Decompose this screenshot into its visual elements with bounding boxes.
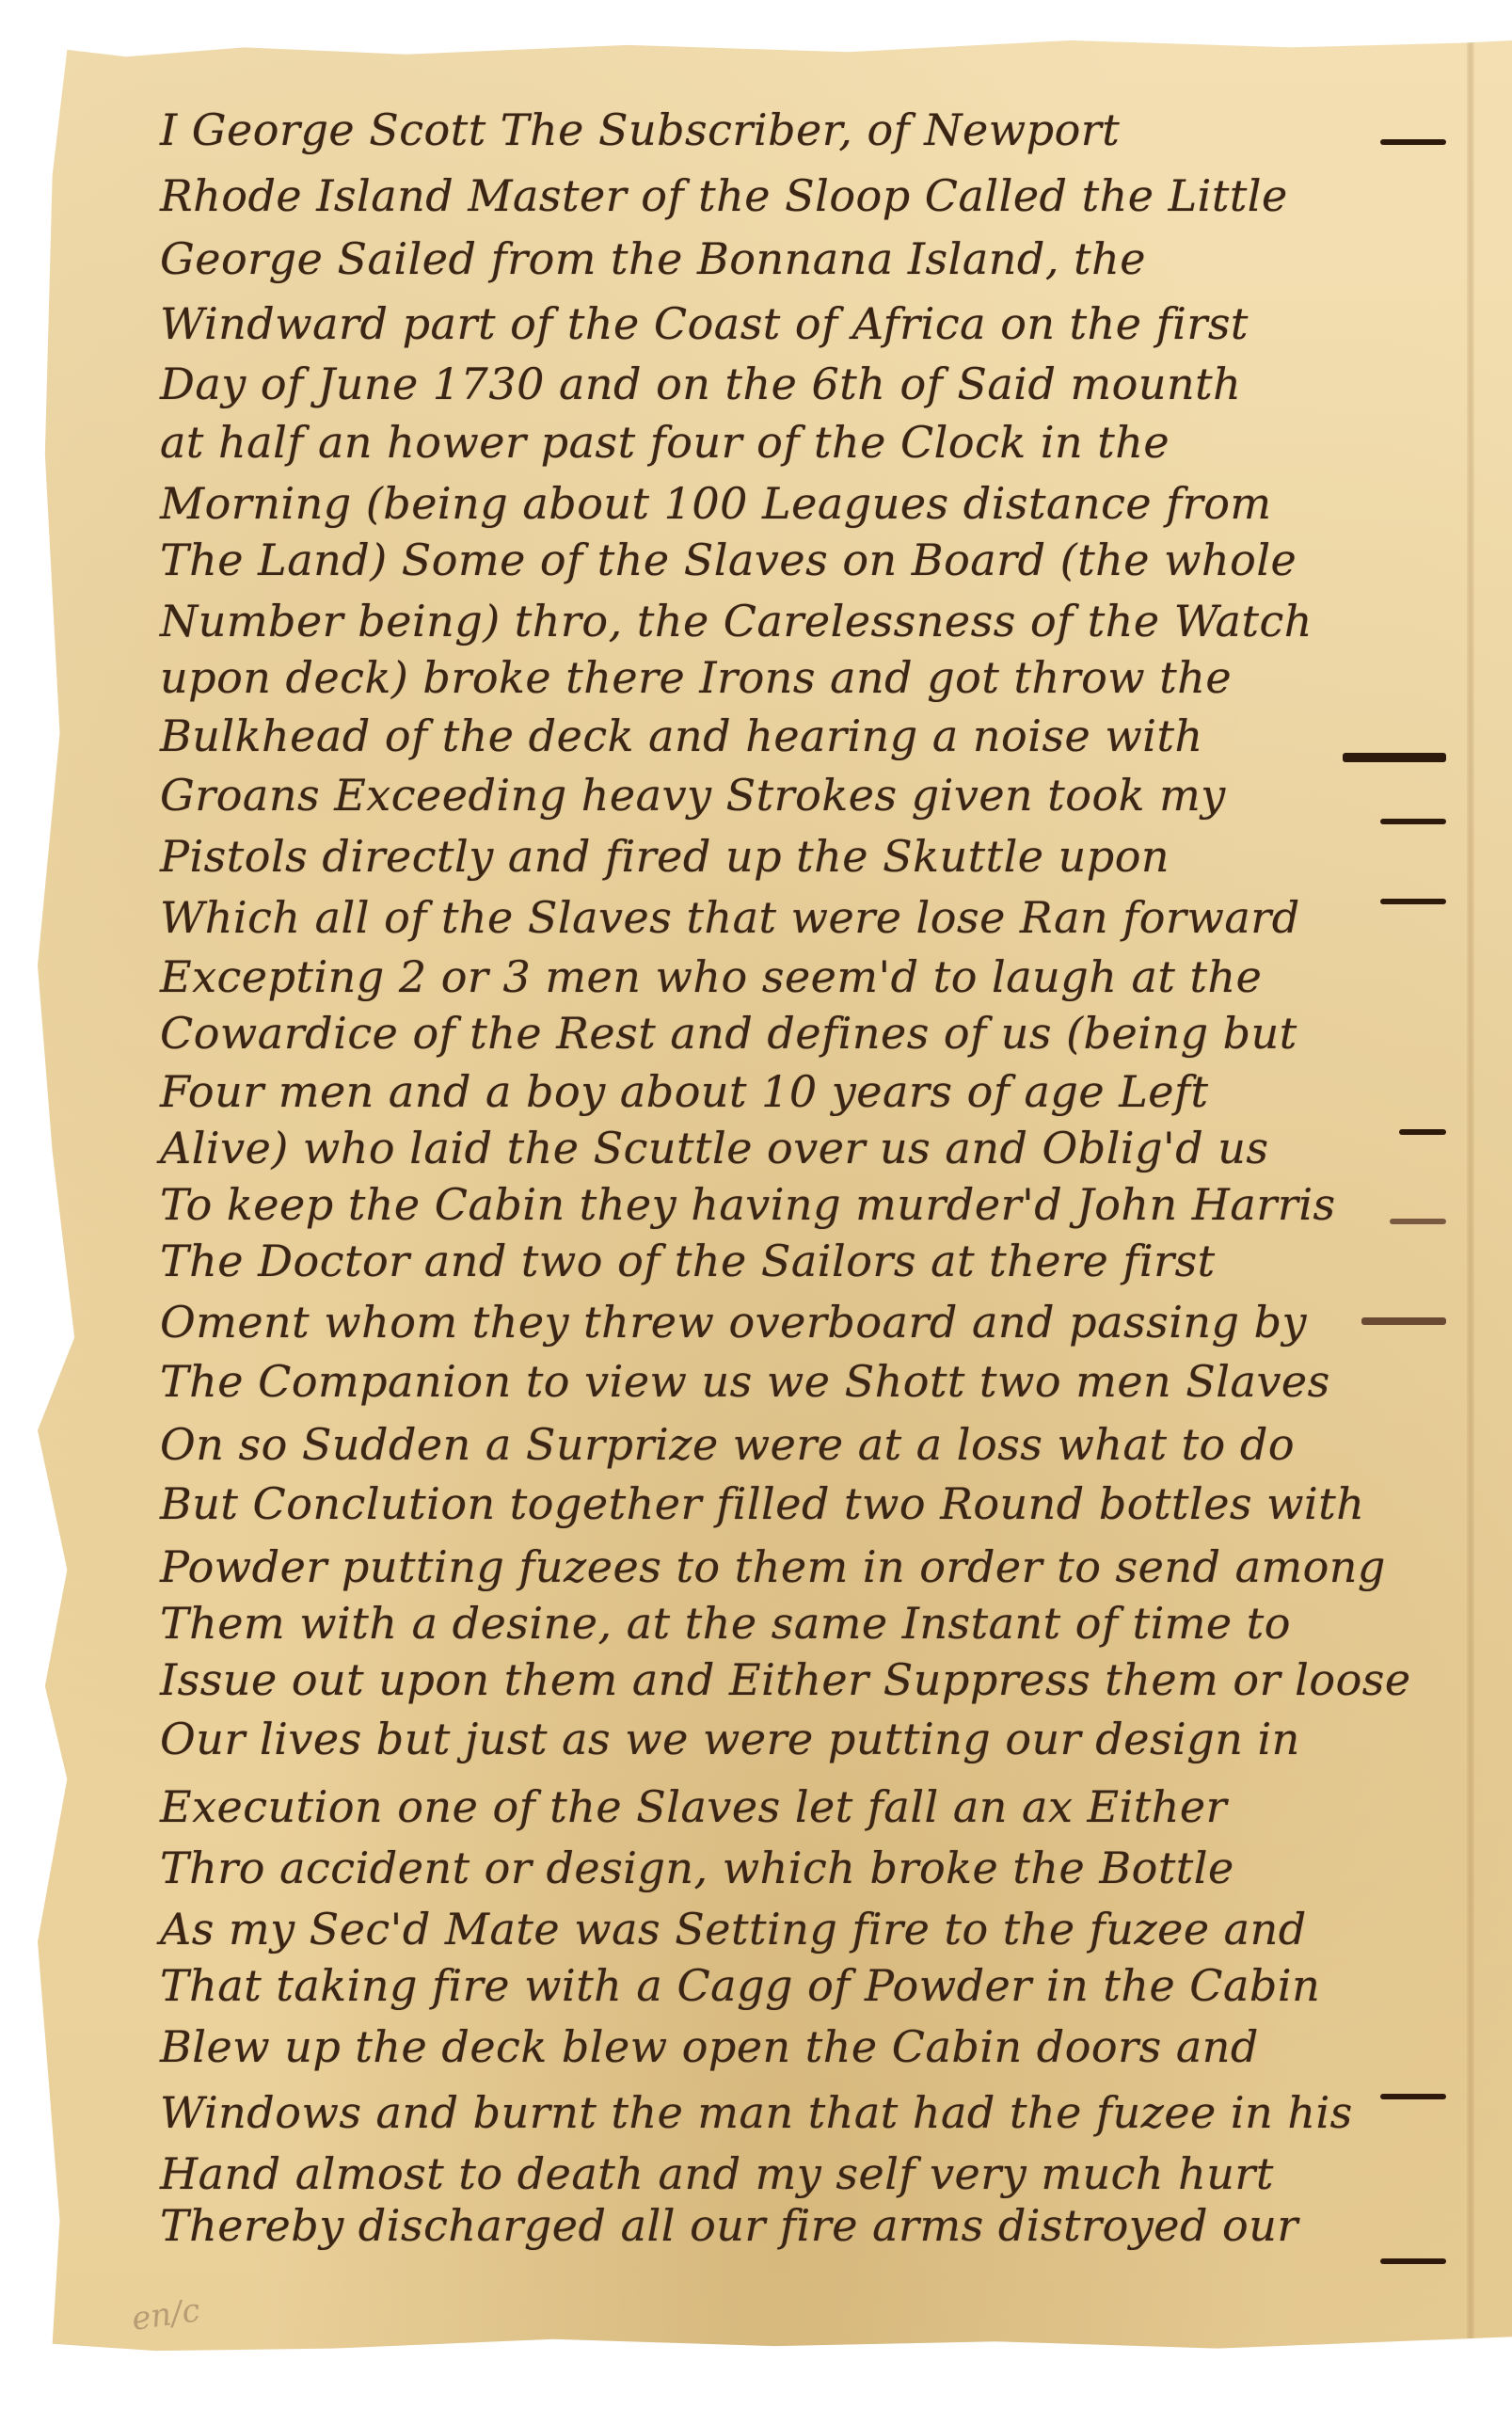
line-end-flourish	[1390, 1219, 1446, 1224]
manuscript-line: Windows and burnt the man that had the f…	[160, 2084, 1456, 2141]
manuscript-line: Groans Exceeding heavy Strokes given too…	[160, 767, 1456, 823]
manuscript-line: Hand almost to death and my self very mu…	[160, 2146, 1456, 2202]
manuscript-line: Thro accident or design, which broke the…	[160, 1840, 1456, 1896]
manuscript-line: The Companion to view us we Shott two me…	[160, 1353, 1456, 1410]
manuscript-line: Our lives but just as we were putting ou…	[160, 1711, 1456, 1767]
manuscript-line: But Conclution together filled two Round…	[160, 1476, 1456, 1532]
page-fold-crease	[1467, 36, 1474, 2360]
manuscript-line: George Sailed from the Bonnana Island, t…	[160, 231, 1456, 287]
manuscript-line: Morning (being about 100 Leagues distanc…	[160, 475, 1456, 532]
manuscript-line: That taking fire with a Cagg of Powder i…	[160, 1957, 1456, 2014]
manuscript-line: at half an hower past four of the Clock …	[160, 414, 1456, 471]
manuscript-line: Them with a desine, at the same Instant …	[160, 1595, 1456, 1651]
manuscript-line: Powder putting fuzees to them in order t…	[160, 1539, 1456, 1595]
line-end-flourish	[1380, 899, 1446, 904]
manuscript-line: Rhode Island Master of the Sloop Called …	[160, 168, 1456, 224]
manuscript-line: Issue out upon them and Either Suppress …	[160, 1651, 1456, 1708]
line-end-flourish	[1380, 139, 1446, 145]
line-end-flourish	[1399, 1129, 1446, 1135]
manuscript-line: Bulkhead of the deck and hearing a noise…	[160, 708, 1456, 764]
manuscript-line: Which all of the Slaves that were lose R…	[160, 889, 1456, 946]
manuscript-line: Alive) who laid the Scuttle over us and …	[160, 1120, 1456, 1176]
line-end-flourish	[1343, 753, 1446, 762]
manuscript-line: Windward part of the Coast of Africa on …	[160, 295, 1456, 352]
manuscript-line: The Doctor and two of the Sailors at the…	[160, 1233, 1456, 1289]
manuscript-line: On so Sudden a Surprize were at a loss w…	[160, 1416, 1456, 1473]
manuscript-line: As my Sec'd Mate was Setting fire to the…	[160, 1901, 1456, 1957]
line-end-flourish	[1361, 1317, 1446, 1325]
manuscript-line: upon deck) broke there Irons and got thr…	[160, 649, 1456, 706]
line-end-flourish	[1380, 819, 1446, 824]
manuscript-line: The Land) Some of the Slaves on Board (t…	[160, 532, 1456, 588]
manuscript-line: Day of June 1730 and on the 6th of Said …	[160, 356, 1456, 412]
line-end-flourish	[1380, 2094, 1446, 2099]
manuscript-line: Execution one of the Slaves let fall an …	[160, 1779, 1456, 1835]
manuscript-line: Excepting 2 or 3 men who seem'd to laugh…	[160, 949, 1456, 1005]
manuscript-line: Blew up the deck blew open the Cabin doo…	[160, 2018, 1456, 2075]
manuscript-line: I George Scott The Subscriber, of Newpor…	[160, 102, 1456, 158]
line-end-flourish	[1380, 2258, 1446, 2264]
manuscript-line: Thereby discharged all our fire arms dis…	[160, 2197, 1456, 2254]
manuscript-line: Oment whom they threw overboard and pass…	[160, 1294, 1456, 1350]
manuscript-line: Cowardice of the Rest and defines of us …	[160, 1005, 1456, 1061]
manuscript-line: To keep the Cabin they having murder'd J…	[160, 1176, 1456, 1233]
manuscript-line: Four men and a boy about 10 years of age…	[160, 1063, 1456, 1120]
manuscript-line: Pistols directly and fired up the Skuttl…	[160, 828, 1456, 885]
manuscript-line: Number being) thro, the Carelessness of …	[160, 593, 1456, 649]
